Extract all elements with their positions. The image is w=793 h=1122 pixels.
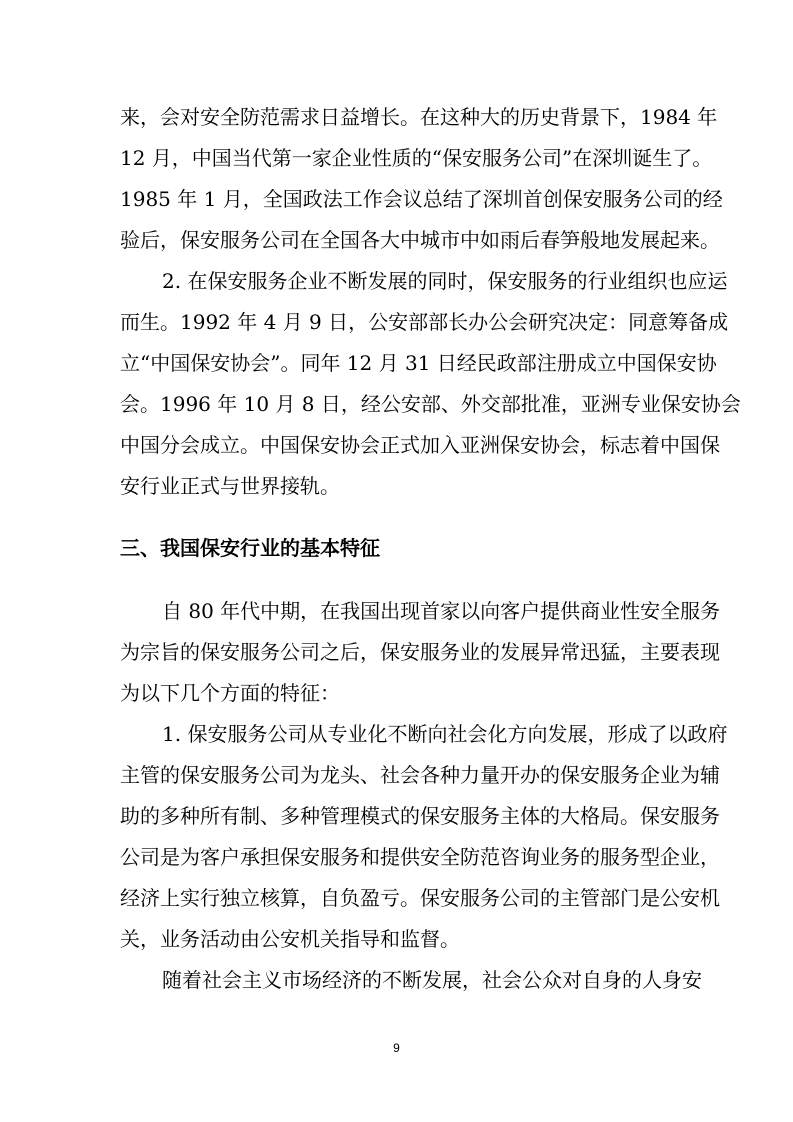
paragraph-5-line-1: 随着社会主义市场经济的不断发展，社会公众对自身的人身安 (162, 966, 673, 994)
document-page: 来，会对安全防范需求日益增长。在这种大的历史背景下，1984 年 12 月，中国… (0, 0, 793, 1122)
paragraph-4-line-3: 助的多种所有制、多种管理模式的保安服务主体的大格局。保安服务 (120, 802, 673, 830)
paragraph-4-line-1: 1. 保安服务公司从专业化不断向社会化方向发展，形成了以政府 (162, 720, 673, 748)
page-number: 9 (0, 1040, 793, 1056)
paragraph-2-line-1: 2. 在保安服务企业不断发展的同时，保安服务的行业组织也应运 (162, 267, 673, 295)
paragraph-3-line-3: 为以下几个方面的特征： (120, 679, 673, 707)
section-heading: 三、我国保安行业的基本特征 (120, 534, 380, 562)
paragraph-2-line-6: 安行业正式与世界接轨。 (120, 472, 673, 500)
paragraph-1-line-1: 来，会对安全防范需求日益增长。在这种大的历史背景下，1984 年 (120, 103, 673, 131)
paragraph-4-line-4: 公司是为客户承担保安服务和提供安全防范咨询业务的服务型企业， (120, 843, 673, 871)
paragraph-4-line-6: 关，业务活动由公安机关指导和监督。 (120, 925, 673, 953)
paragraph-2-line-2: 而生。1992 年 4 月 9 日，公安部部长办公会研究决定：同意筹备成 (120, 308, 673, 336)
paragraph-1-line-2: 12 月，中国当代第一家企业性质的“保安服务公司”在深圳诞生了。 (120, 144, 673, 172)
paragraph-1-line-3: 1985 年 1 月，全国政法工作会议总结了深圳首创保安服务公司的经 (120, 185, 673, 213)
paragraph-2-line-5: 中国分会成立。中国保安协会正式加入亚洲保安协会，标志着中国保 (120, 431, 673, 459)
paragraph-3-line-1: 自 80 年代中期，在我国出现首家以向客户提供商业性安全服务 (162, 597, 673, 625)
paragraph-2-line-3: 立“中国保安协会”。同年 12 月 31 日经民政部注册成立中国保安协 (120, 349, 673, 377)
paragraph-4-line-2: 主管的保安服务公司为龙头、社会各种力量开办的保安服务企业为辅 (120, 761, 673, 789)
paragraph-3-line-2: 为宗旨的保安服务公司之后，保安服务业的发展异常迅猛，主要表现 (120, 638, 673, 666)
paragraph-2-line-4: 会。1996 年 10 月 8 日，经公安部、外交部批准，亚洲专业保安协会 (120, 390, 673, 418)
paragraph-4-line-5: 经济上实行独立核算，自负盈亏。保安服务公司的主管部门是公安机 (120, 884, 673, 912)
paragraph-1-line-4: 验后，保安服务公司在全国各大中城市中如雨后春笋般地发展起来。 (120, 226, 673, 254)
